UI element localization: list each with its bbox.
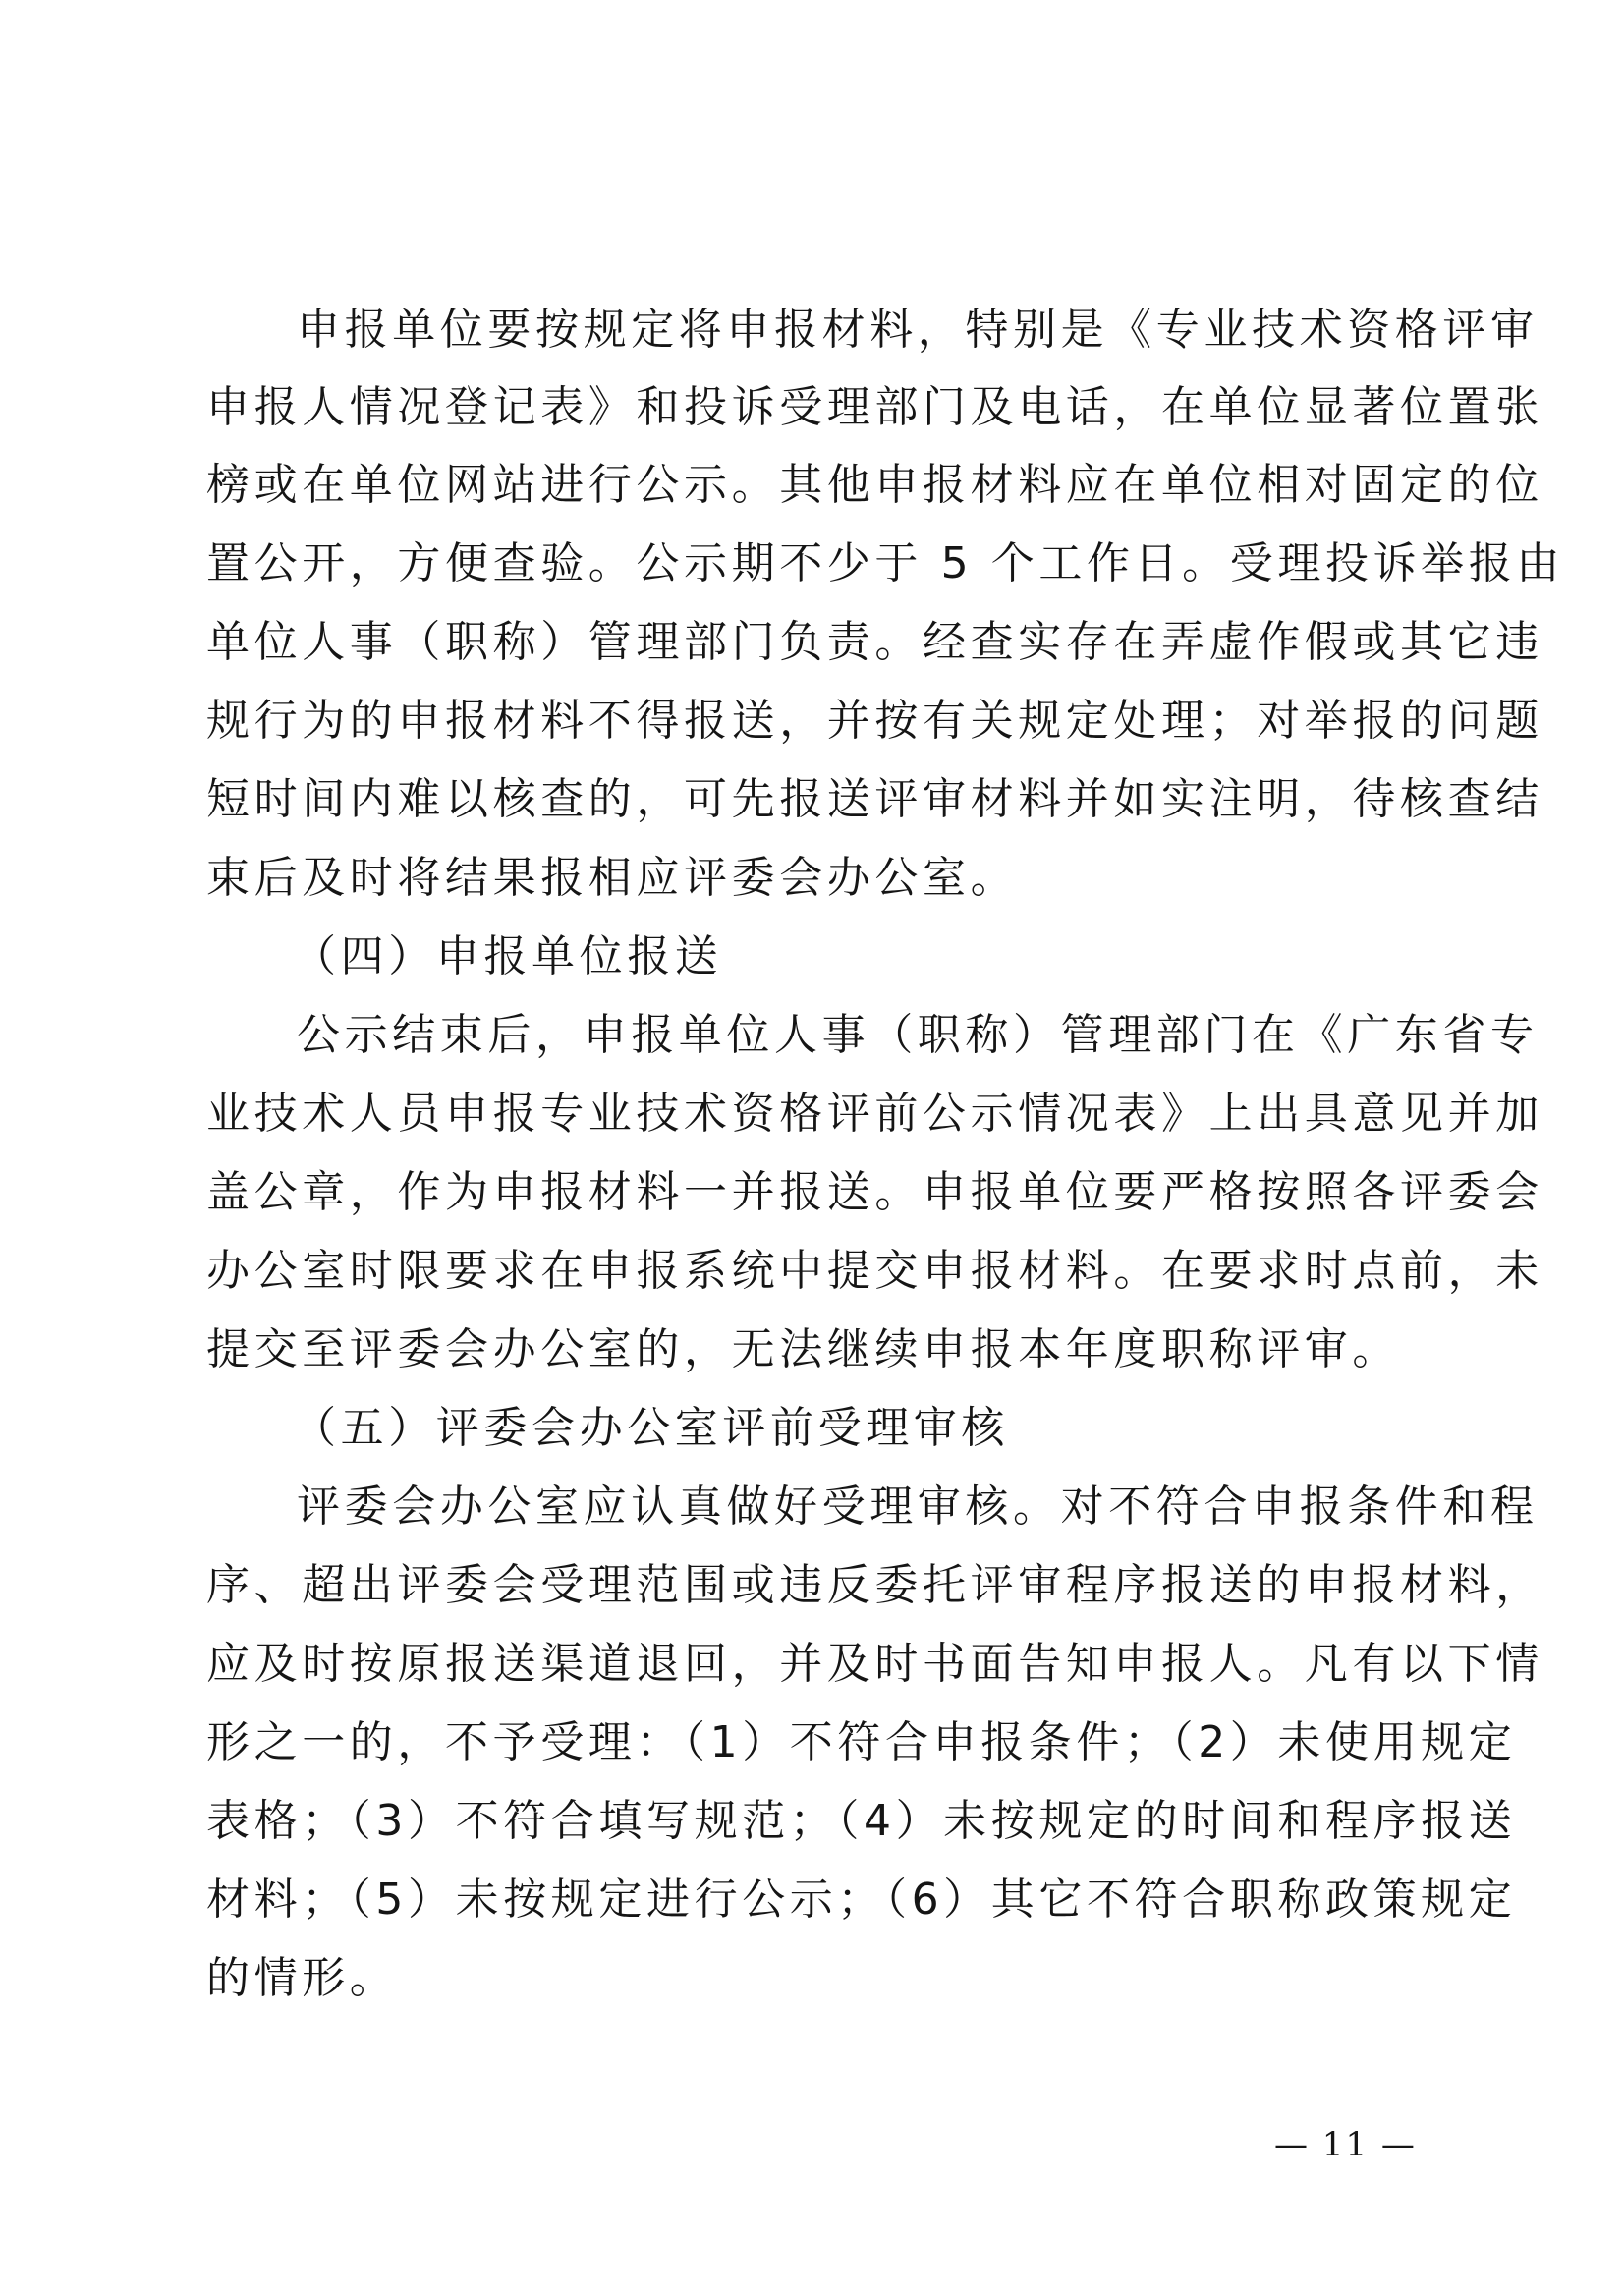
paragraph-line: 办公室时限要求在申报系统中提交申报材料。在要求时点前，未 <box>206 1232 1543 1311</box>
paragraph-line: 榜或在单位网站进行公示。其他申报材料应在单位相对固定的位 <box>206 446 1543 525</box>
section-heading-4: （四）申报单位报送 <box>293 918 722 996</box>
paragraph-line: 材料；（5）未按规定进行公示；（6）其它不符合职称政策规定 <box>206 1861 1516 1939</box>
paragraph-line: 提交至评委会办公室的，无法继续申报本年度职称评审。 <box>206 1311 1400 1389</box>
paragraph-line: 单位人事（职称）管理部门负责。经查实存在弄虚作假或其它违 <box>206 603 1543 682</box>
section-heading-5: （五）评委会办公室评前受理审核 <box>293 1389 1009 1468</box>
paragraph-line: 盖公章，作为申报材料一并报送。申报单位要严格按照各评委会 <box>206 1153 1543 1232</box>
paragraph-line: 应及时按原报送渠道退回，并及时书面告知申报人。凡有以下情 <box>206 1625 1543 1704</box>
paragraph-line: 申报人情况登记表》和投诉受理部门及电话，在单位显著位置张 <box>206 368 1543 447</box>
page-number: — 11 — <box>1274 2125 1417 2164</box>
paragraph-line: 形之一的，不予受理：（1）不符合申报条件；（2）未使用规定 <box>206 1704 1516 1782</box>
paragraph-line: 公示结束后，申报单位人事（职称）管理部门在《广东省专 <box>297 996 1539 1075</box>
paragraph-line: 业技术人员申报专业技术资格评前公示情况表》上出具意见并加 <box>206 1075 1543 1153</box>
paragraph-line: 评委会办公室应认真做好受理审核。对不符合申报条件和程 <box>297 1468 1539 1546</box>
paragraph-line: 规行为的申报材料不得报送，并按有关规定处理；对举报的问题 <box>206 682 1543 760</box>
paragraph-line: 表格；（3）不符合填写规范；（4）未按规定的时间和程序报送 <box>206 1782 1516 1861</box>
paragraph-line: 序、超出评委会受理范围或违反委托评审程序报送的申报材料， <box>206 1546 1543 1625</box>
paragraph-line: 的情形。 <box>206 1939 397 2018</box>
paragraph-line: 置公开，方便查验。公示期不少于 5 个工作日。受理投诉举报由 <box>206 525 1564 603</box>
paragraph-line: 束后及时将结果报相应评委会办公室。 <box>206 839 1018 918</box>
paragraph-line: 短时间内难以核查的，可先报送评审材料并如实注明，待核查结 <box>206 760 1543 839</box>
paragraph-line: 申报单位要按规定将申报材料，特别是《专业技术资格评审 <box>297 291 1539 369</box>
